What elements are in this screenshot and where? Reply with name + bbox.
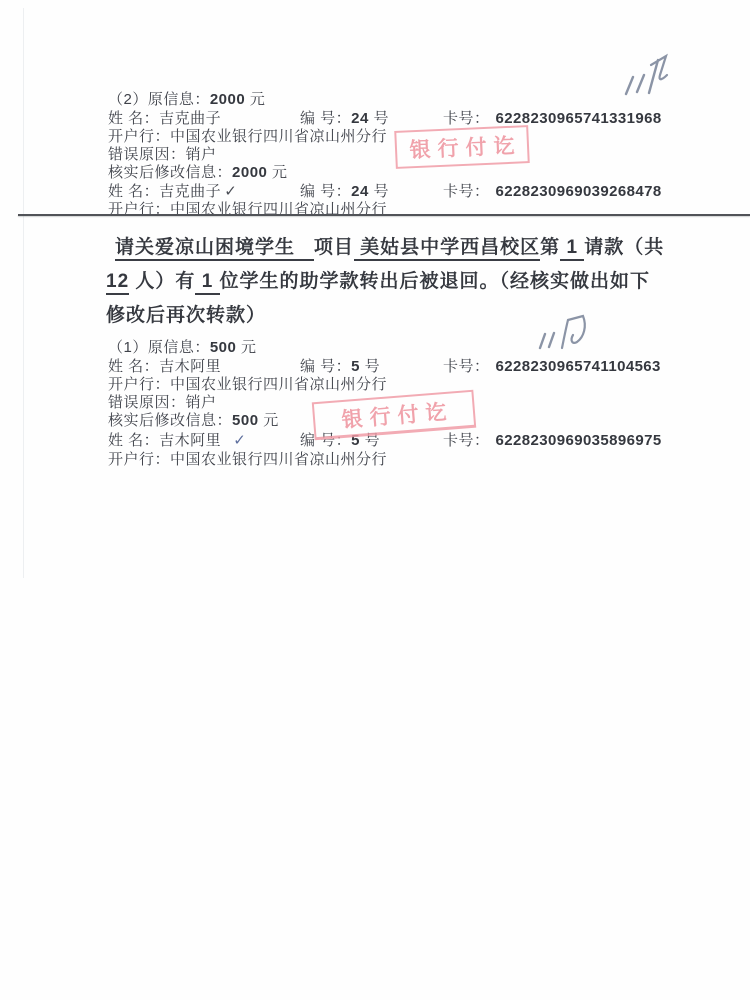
- section2-header-amount: 2000: [210, 91, 245, 108]
- paragraph-text: 请款（共: [584, 237, 664, 258]
- paragraph-text: 第: [540, 237, 560, 258]
- section2-header: （2）原信息：2000 元: [0, 88, 750, 107]
- paragraph-text: 位学生的助学款转出后被退回。（经核实做出如下: [220, 271, 651, 292]
- section1-bank-line: 开户行：中国农业银行四川省凉山州分行: [0, 373, 750, 392]
- underlined-batch-number: 1: [560, 237, 584, 261]
- card-number: 6228230969035896975: [496, 432, 662, 449]
- name-value: 吉木阿里: [159, 432, 221, 449]
- section1-header-amount: 500: [210, 339, 237, 356]
- section2-fixed-row: 姓 名：吉克曲子✓ 编 号：24 号 卡号：622823096903926847…: [0, 180, 750, 199]
- fixed-unit: 元: [259, 412, 279, 429]
- section2-error-line: 错误原因：销户: [0, 143, 750, 162]
- paragraph-text: 人）有: [129, 271, 195, 292]
- section1-header: （1）原信息：500 元: [0, 336, 750, 355]
- name-label: 姓 名：: [108, 432, 159, 449]
- section2-original-row: 姓 名：吉克曲子 编 号：24 号 卡号：6228230965741331968: [0, 107, 750, 126]
- paragraph-line-3: 修改后再次转款）: [106, 300, 266, 327]
- underlined-returned-count: 1: [195, 271, 219, 295]
- paragraph-text: 修改后再次转款）: [106, 305, 266, 326]
- underlined-total-count: 12: [106, 271, 129, 295]
- scanned-document-page: （2）原信息：2000 元 姓 名：吉克曲子 编 号：24 号 卡号：62282…: [0, 0, 750, 1000]
- paragraph-line-1: 请关爱凉山困境学生 项目 美姑县中学西昌校区第 1 请款（共: [115, 232, 664, 259]
- bank-paid-stamp: 银行付讫: [394, 125, 530, 169]
- fixed-label: 核实后修改信息：: [108, 412, 232, 429]
- underlined-school-name: 美姑县中学西昌校区: [354, 237, 540, 261]
- bank-line-text: 开户行：中国农业银行四川省凉山州分行: [108, 448, 387, 469]
- paragraph-line-2: 12 人）有 1 位学生的助学款转出后被退回。（经核实做出如下: [106, 266, 650, 293]
- paragraph-text: 项目: [314, 237, 354, 258]
- section2-header-unit: 元: [245, 91, 265, 108]
- section2-bank-line: 开户行：中国农业银行四川省凉山州分行: [0, 125, 750, 144]
- section1-bank-line-2: 开户行：中国农业银行四川省凉山州分行: [0, 448, 750, 467]
- checkmark: ✓: [233, 432, 246, 449]
- section1-header-unit: 元: [236, 339, 256, 356]
- fixed-unit: 元: [267, 164, 287, 181]
- card-label: 卡号：: [443, 432, 490, 449]
- section2-fixed-header: 核实后修改信息：2000 元: [0, 161, 750, 180]
- section2-header-label: （2）原信息：: [108, 91, 210, 108]
- fixed-label: 核实后修改信息：: [108, 164, 232, 181]
- section-divider-line: [18, 214, 750, 216]
- section1-original-row: 姓 名：吉木阿里 编 号：5 号 卡号：6228230965741104563: [0, 355, 750, 374]
- fixed-amount: 500: [232, 412, 259, 429]
- fixed-amount: 2000: [232, 164, 267, 181]
- underlined-gap: [295, 237, 314, 261]
- section1-header-label: （1）原信息：: [108, 339, 210, 356]
- underlined-project-name: 请关爱凉山困境学生: [115, 237, 295, 261]
